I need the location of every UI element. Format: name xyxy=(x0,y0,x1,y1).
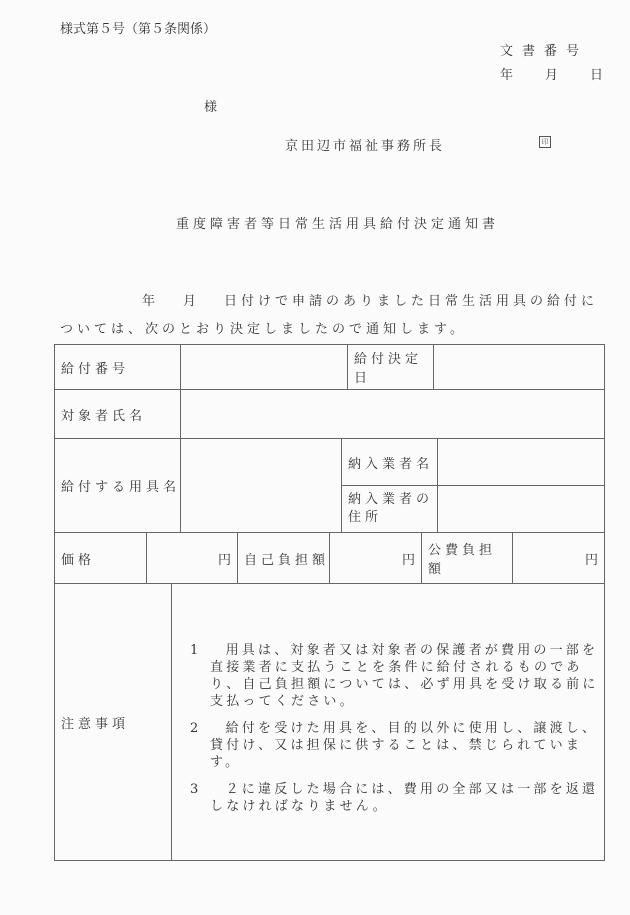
note-item: 1 用具は、対象者又は対象者の保護者が費用の一部を直接業者に支払うことを条件に給… xyxy=(190,642,600,710)
supplier-address-field[interactable] xyxy=(437,485,605,533)
recipient-suffix: 様 xyxy=(204,96,217,115)
note-item: 3 ２に違反した場合には、費用の全部又は一部を返還しなければなりません。 xyxy=(190,781,600,815)
supplier-name-label: 納入業者名 xyxy=(341,438,438,486)
day-label: 日 xyxy=(590,64,603,83)
intro-month: 月 xyxy=(183,294,200,309)
equipment-name-label: 給付する用具名 xyxy=(54,438,181,533)
recipient-name-label: 対象者氏名 xyxy=(54,389,181,439)
month-label: 月 xyxy=(545,64,558,83)
form-number: 様式第５号（第５条関係） xyxy=(60,18,216,37)
supplier-address-label: 納入業者の住所 xyxy=(341,485,438,533)
note-text: 用具は、対象者又は対象者の保護者が費用の一部を直接業者に支払うことを条件に給付さ… xyxy=(198,642,600,710)
year-label: 年 xyxy=(500,64,513,83)
note-item: 2 給付を受けた用具を、目的以外に使用し、譲渡し、貸付け、又は担保に供することは… xyxy=(190,720,600,771)
grant-number-field[interactable] xyxy=(180,344,348,390)
intro-line-2: ついては、次のとおり決定しましたので通知します。 xyxy=(60,318,467,337)
price-label: 価格 xyxy=(54,532,147,584)
public-pay-field[interactable]: 円 xyxy=(512,532,605,584)
recipient-name-field[interactable] xyxy=(180,389,605,439)
supplier-name-field[interactable] xyxy=(437,438,605,486)
document-title: 重度障害者等日常生活用具給付決定通知書 xyxy=(176,213,499,232)
self-pay-label: 自己負担額 xyxy=(237,532,330,584)
seal-icon: 印 xyxy=(539,136,551,148)
public-pay-label: 公費負担額 xyxy=(421,532,513,584)
self-pay-field[interactable]: 円 xyxy=(329,532,422,584)
equipment-name-field[interactable] xyxy=(180,438,342,533)
decision-date-field[interactable] xyxy=(433,344,605,390)
issuer-name: 京田辺市福祉事務所長 xyxy=(285,135,445,154)
intro-year: 年 xyxy=(142,294,159,309)
note-text: 給付を受けた用具を、目的以外に使用し、譲渡し、貸付け、又は担保に供することは、禁… xyxy=(198,720,600,771)
intro-text: 日付けで申請のありました日常生活用具の給付に xyxy=(224,294,598,309)
grant-number-label: 給付番号 xyxy=(54,344,181,390)
decision-date-label: 給付決定日 xyxy=(347,344,434,390)
intro-line-1: 年月日付けで申請のありました日常生活用具の給付に xyxy=(142,290,598,309)
issue-date: 年月日 xyxy=(500,64,603,83)
document-number-label: 文書番号 xyxy=(500,40,588,59)
notes-label: 注意事項 xyxy=(54,583,172,861)
notes-list: 1 用具は、対象者又は対象者の保護者が費用の一部を直接業者に支払うことを条件に給… xyxy=(190,642,600,825)
price-field[interactable]: 円 xyxy=(146,532,238,584)
note-text: ２に違反した場合には、費用の全部又は一部を返還しなければなりません。 xyxy=(198,781,600,815)
